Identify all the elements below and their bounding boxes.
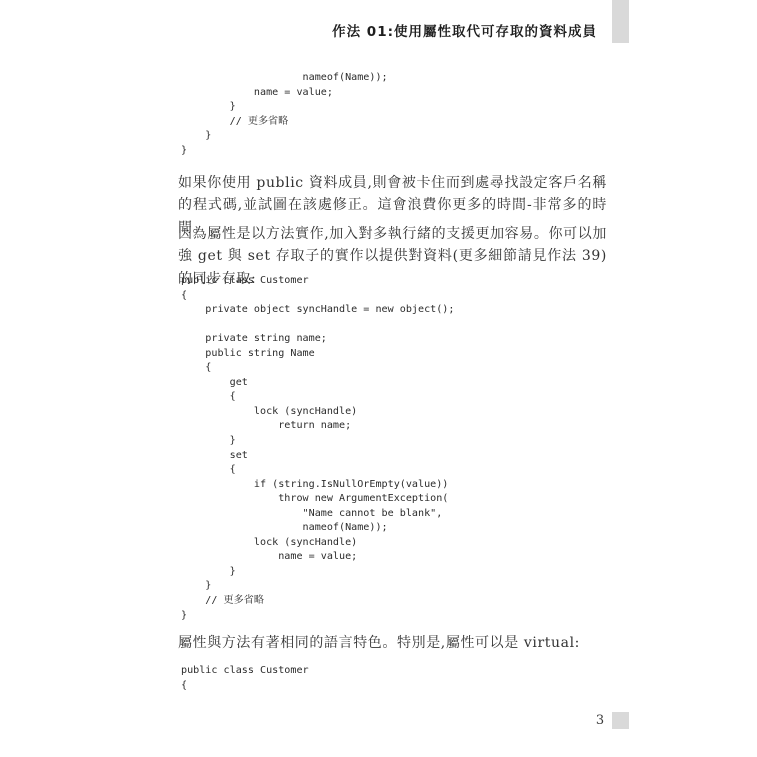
page-footer: 3 bbox=[592, 712, 629, 729]
code-customer-class-virtual-start: public class Customer { bbox=[181, 664, 309, 693]
paragraph-virtual-properties: 屬性與方法有著相同的語言特色。特別是,屬性可以是 virtual: bbox=[178, 632, 618, 654]
code-snippet-continuation: nameof(Name)); name = value; } // 更多省略 }… bbox=[181, 71, 388, 158]
code-customer-class-synchronized: public class Customer { private object s… bbox=[181, 274, 454, 623]
book-page: 作法 01:使用屬性取代可存取的資料成員 nameof(Name)); name… bbox=[0, 0, 757, 757]
page-number: 3 bbox=[592, 713, 608, 728]
running-head-title: 作法 01:使用屬性取代可存取的資料成員 bbox=[178, 25, 597, 40]
chapter-tab-marker bbox=[612, 0, 629, 43]
page-number-marker bbox=[612, 712, 629, 729]
